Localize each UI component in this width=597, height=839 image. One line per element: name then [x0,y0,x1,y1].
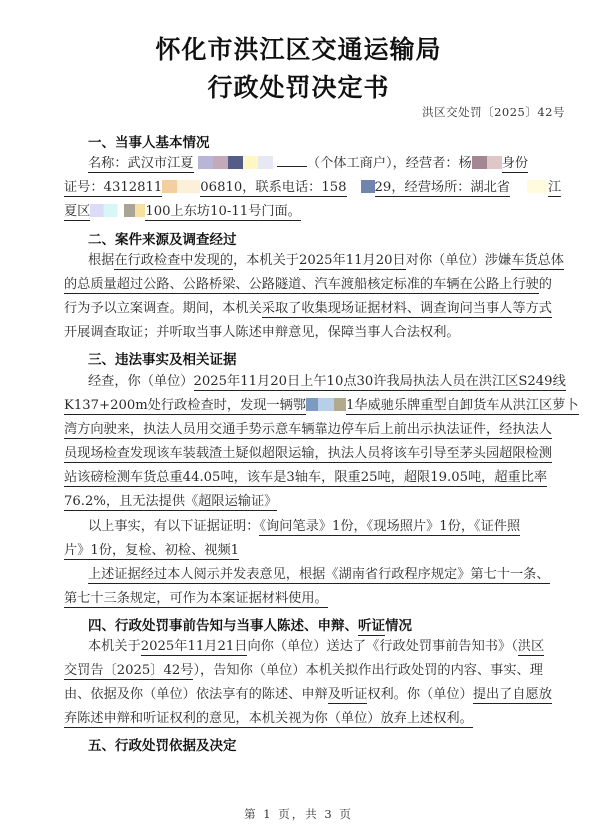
s3-line-6: 76.2%，且无法提供《超限运输证》 [64,493,564,511]
s3-line-1: 经查，你（单位）2025年11月20日上午10点30许我局执法人员在洪江区S24… [88,373,564,391]
section-2-heading: 二、案件来源及调查经过 [88,228,237,248]
s1-line-2: 证号：431281106810，联系电话：15829，经营场所：湖北省江 [64,179,564,197]
s3-line-5: 站该磅检测车货总重44.05吨，该车是3轴车，限重25吨，超限19.05吨，超重… [64,469,564,487]
page-number: 第 1 页，共 3 页 [0,806,597,822]
redaction-block [306,398,346,411]
document-page: 怀化市洪江区交通运输局 行政处罚决定书 洪区交处罚〔2025〕42号 一、当事人… [0,0,597,839]
redaction-block [90,204,145,217]
document-title: 行政处罚决定书 [0,68,597,104]
redaction-block [198,156,273,169]
redaction-block [510,180,548,193]
section-4-heading: 四、行政处罚事前告知与当事人陈述、申辩、听证情况 [88,614,412,634]
business-address: 夏区 [64,204,90,221]
s4-line-3: 由、依据及你（单位）依法享有的陈述、申辩及听证权利。你（单位）提出了自愿放 [64,686,564,704]
redaction-block [162,180,200,193]
redaction-block [472,156,502,169]
s1-line-3: 夏区100上东坊10-11号门面。 [64,203,564,221]
s3-line-8: 片》1份，复检、初检、视频1 [64,542,564,560]
s1-line-1: 名称：武汉市江夏 （个体工商户），经营者：杨身份 [88,155,564,173]
document-number: 洪区交处罚〔2025〕42号 [422,104,565,120]
s3-line-3: 湾方向驶来，执法人员用交通手势示意车辆靠边停车后上前出示执法证件，经执法人 [64,421,564,439]
s4-line-1: 本机关于2025年11月21日向你（单位）送达了《行政处罚事前告知书》（洪区 [88,638,564,656]
s4-line-4: 弃陈述申辩和听证权利的意见，本机关视为你（单位）放弃上述权利。 [64,710,564,728]
s3-line-10: 第七十三条规定，可作为本案证据材料使用。 [64,590,564,608]
section-5-heading: 五、行政处罚依据及决定 [88,734,237,754]
s2-line-3: 行为予以立案调查。期间，本机关采取了收集现场证据材料、调查询问当事人等方式 [64,300,564,318]
s3-line-2: K137+200m处行政检查时，发现一辆鄂1华威驰乐牌重型自卸货车从洪江区萝卜 [64,397,564,415]
s3-line-4: 员现场检查发现该车装载渣土疑似超限运输，执法人员将该车引导至茅头园超限检测 [64,445,564,463]
s2-line-4: 开展调查取证；并听取当事人陈述申辩意见，保障当事人合法权利。 [64,324,564,342]
s4-line-2: 交罚告〔2025〕42号），告知你（单位）本机关拟作出行政处罚的内容、事实、理 [64,662,564,680]
s2-line-1: 根据在行政检查中发现的，本机关于2025年11月20日对你（单位）涉嫌车货总体 [88,252,564,270]
s3-line-7: 以上事实，有以下证据证明：《询问笔录》1份，《现场照片》1份，《证件照 [88,518,564,536]
section-1-heading: 一、当事人基本情况 [88,131,210,151]
s2-line-2: 的总质量超过公路、公路桥梁、公路隧道、汽车渡船核定标准的车辆在公路上行驶的 [64,276,564,294]
redaction-block [347,180,375,193]
party-name: 名称：武汉市江夏 [88,156,194,173]
agency-title: 怀化市洪江区交通运输局 [0,30,597,66]
section-3-heading: 三、违法事实及相关证据 [88,348,237,368]
id-number: 证号：4312811 [64,180,162,197]
s3-line-9: 上述证据经过本人阅示并发表意见，根据《湖南省行政程序规定》第七十一条、 [88,566,564,584]
